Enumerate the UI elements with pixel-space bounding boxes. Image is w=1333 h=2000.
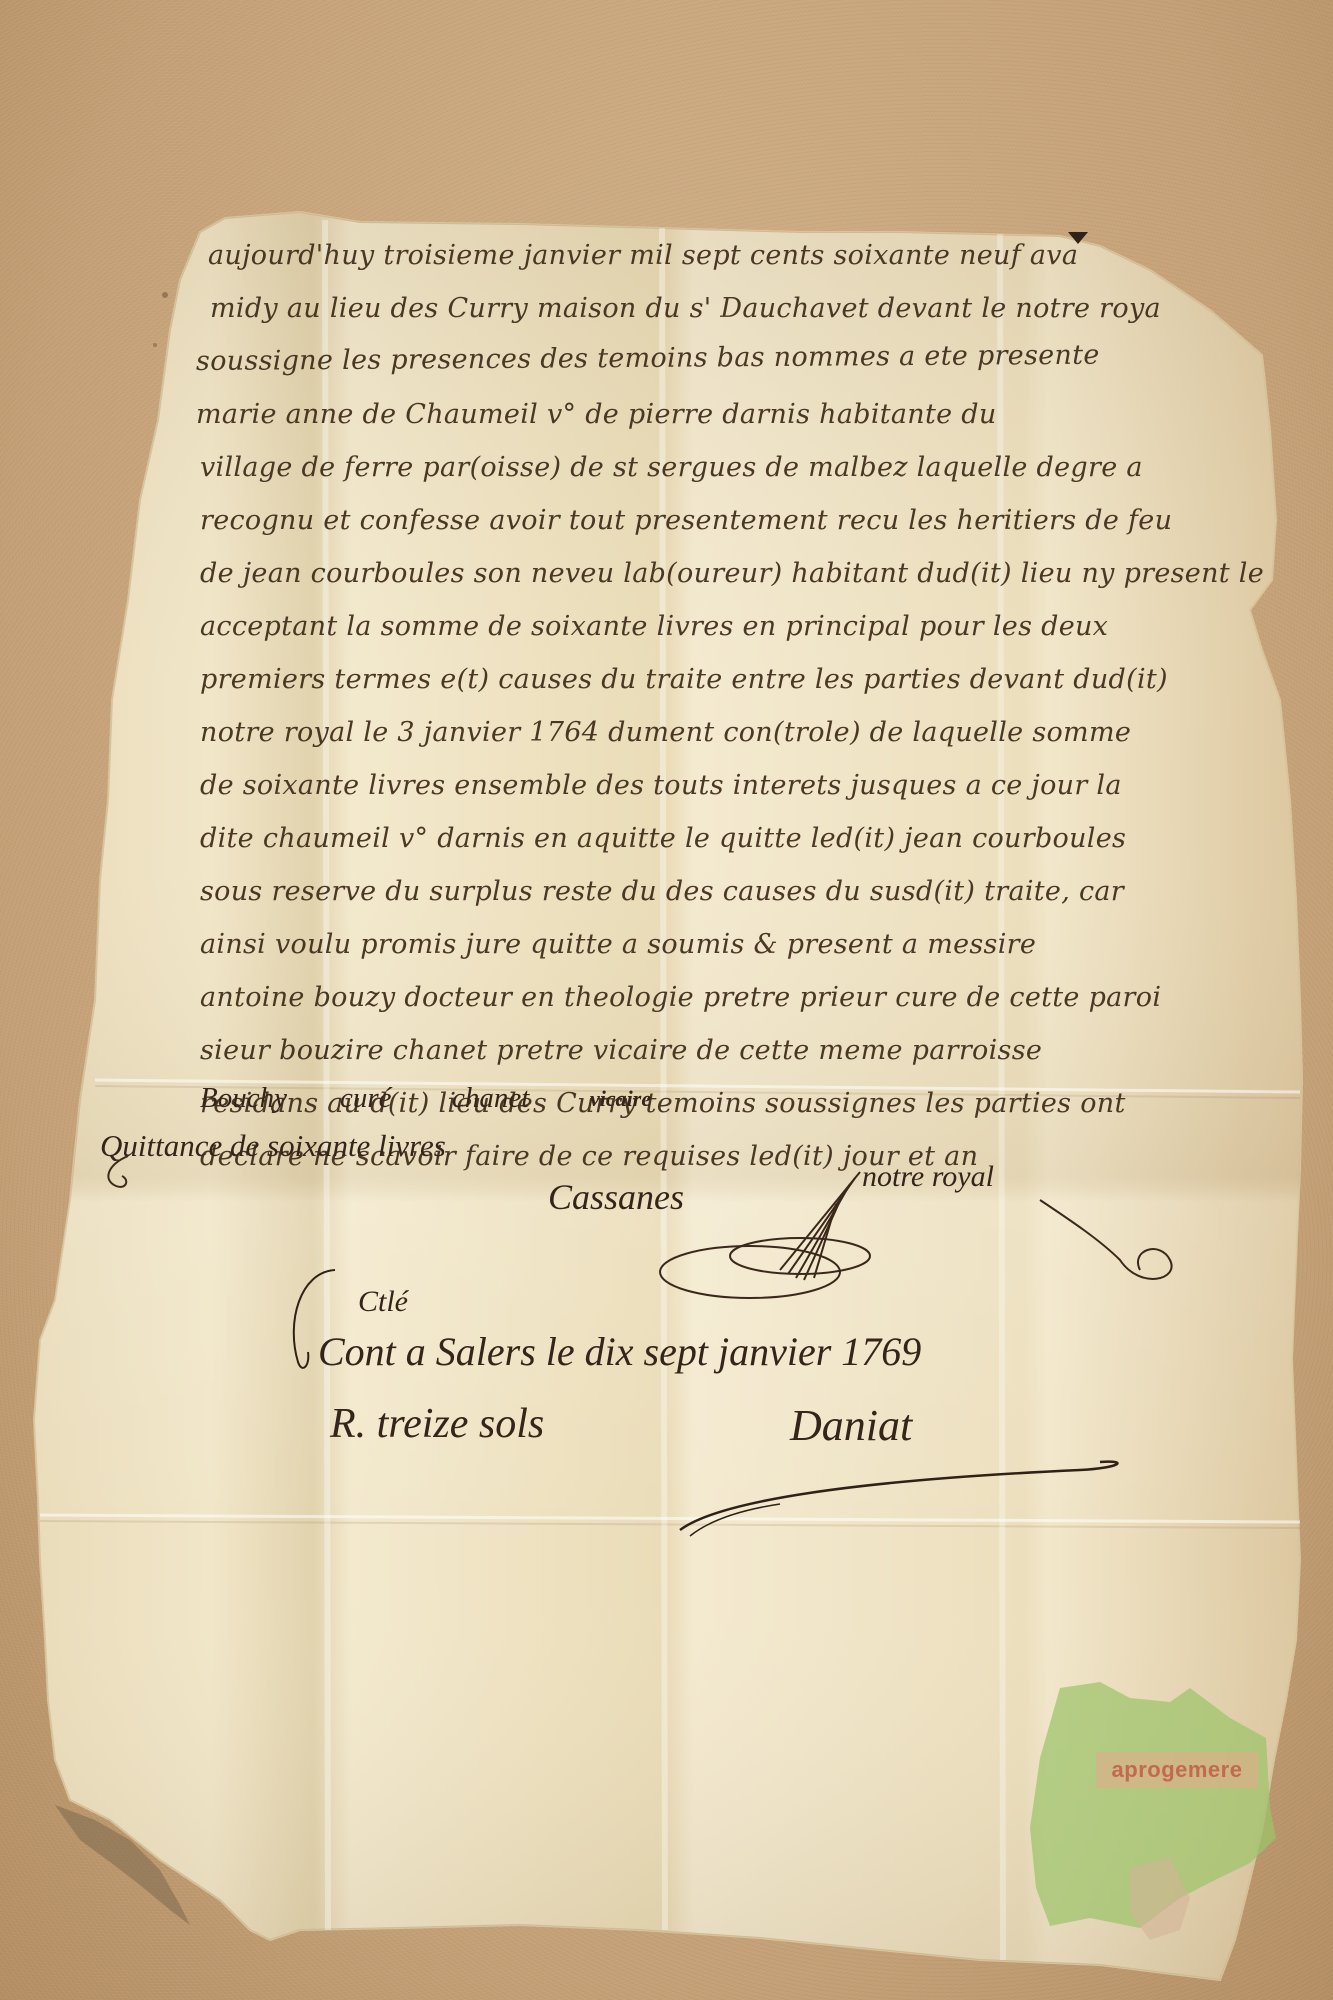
body-line: sieur bouzire chanet pretre vicaire de c… (200, 1035, 1042, 1066)
body-line: dite chaumeil v° darnis en aquitte le qu… (200, 823, 1126, 854)
body-line: de jean courboules son neveu lab(oureur)… (200, 558, 1264, 589)
control-fee-line: R. treize sols (330, 1400, 544, 1448)
body-line: de soixante livres ensemble des touts in… (200, 770, 1122, 801)
manuscript-text: aujourd'huy troisieme janvier mil sept c… (0, 0, 1333, 2000)
body-line: village de ferre par(oisse) de st sergue… (200, 452, 1143, 483)
witness-name-chanet: chanet (452, 1082, 529, 1115)
body-line: recognu et confesse avoir tout presentem… (200, 505, 1172, 536)
witness-title-cure: curé (340, 1082, 392, 1115)
control-abbreviation: Ctlé (358, 1285, 408, 1319)
body-line: premiers termes e(t) causes du traite en… (200, 664, 1168, 695)
endorsement-flourish (98, 1150, 148, 1200)
body-line: marie anne de Chaumeil v° de pierre darn… (196, 399, 997, 430)
body-line: antoine bouzy docteur en theologie pretr… (200, 982, 1161, 1013)
body-line: midy au lieu des Curry maison du s' Dauc… (210, 293, 1161, 324)
endorsement-text: Quittance de soixante livres (100, 1128, 446, 1164)
witness-title-vicaire: vicaire (590, 1086, 651, 1112)
body-line: ainsi voulu promis jure quitte a soumis … (200, 929, 1036, 960)
witness-line: Bouchy curé chanet vicaire (200, 1082, 1100, 1122)
body-line: notre royal le 3 janvier 1764 dument con… (200, 717, 1131, 748)
control-date-line: Cont a Salers le dix sept janvier 1769 (318, 1328, 921, 1375)
notary-paraph (600, 1160, 1240, 1320)
body-line: soussigne les presences des temoins bas … (196, 340, 1100, 377)
body-line: acceptant la somme de soixante livres en… (200, 611, 1108, 642)
body-line: sous reserve du surplus reste du des cau… (200, 876, 1124, 907)
witness-name-bouchy: Bouchy (200, 1082, 287, 1115)
signer-flourish (660, 1440, 1180, 1550)
body-line: aujourd'huy troisieme janvier mil sept c… (208, 240, 1078, 271)
